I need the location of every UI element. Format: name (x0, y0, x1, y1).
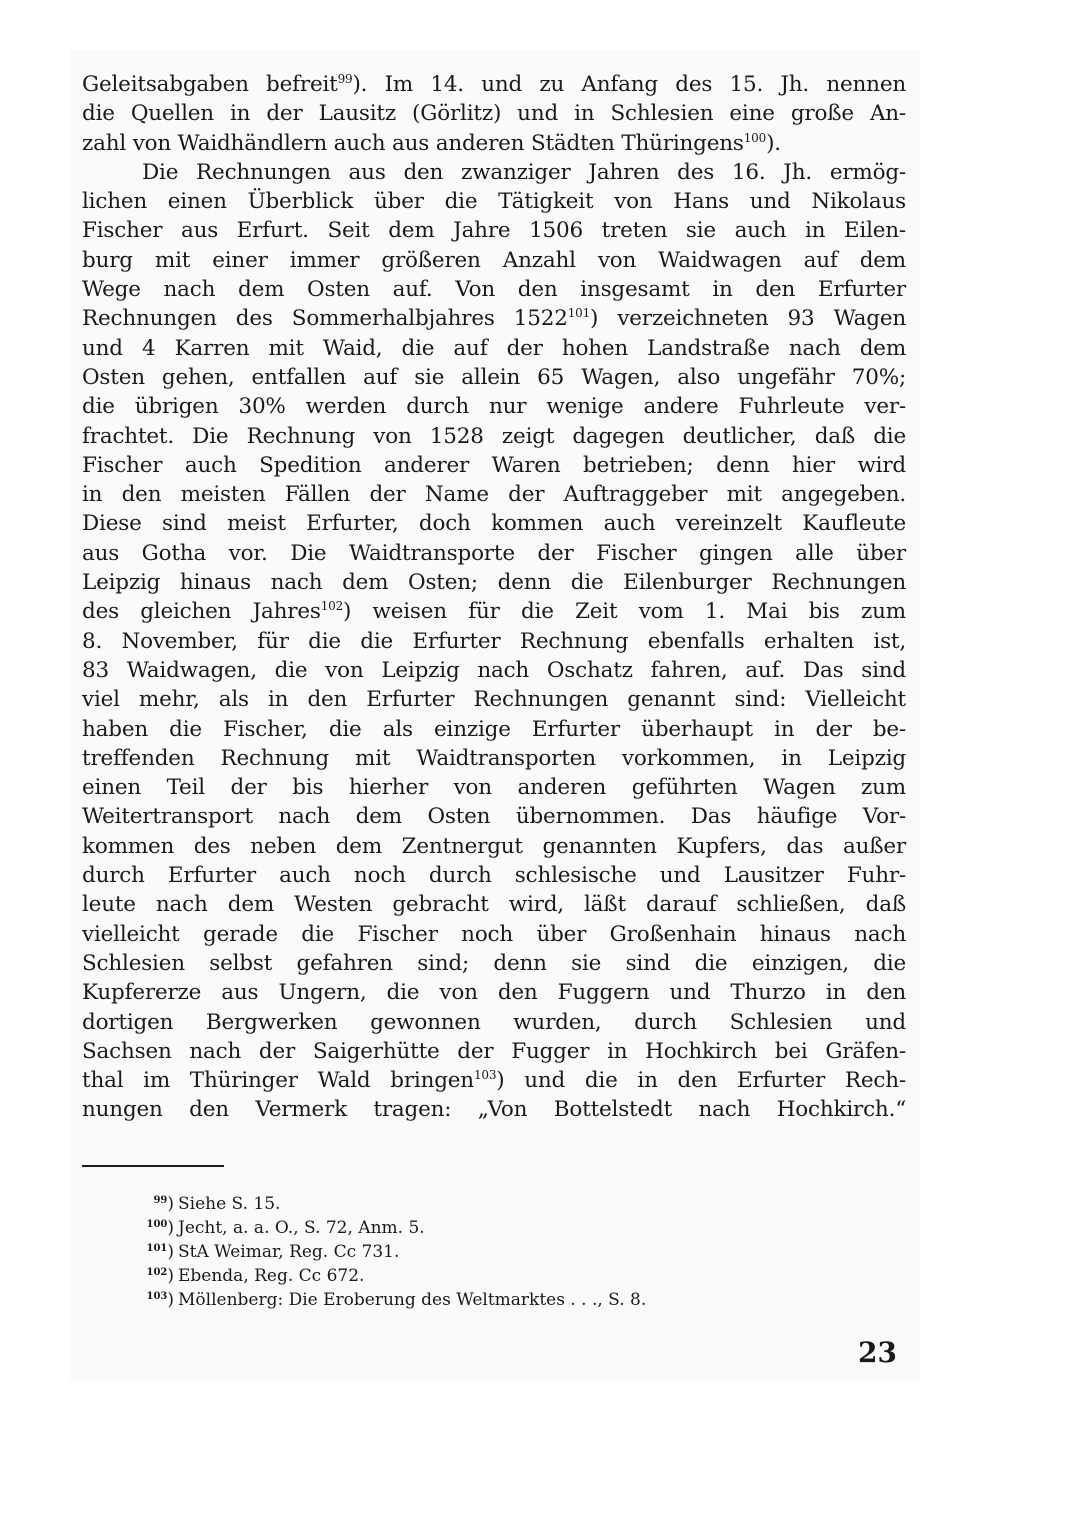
page-number: 23 (858, 1336, 897, 1369)
footnote: 100)Jecht, a. a. O., S. 72, Anm. 5. (144, 1216, 844, 1240)
body-line: Schlesien selbst gefahren sind; denn sie… (82, 949, 906, 978)
body-line: 83 Waidwagen, die von Leipzig nach Oscha… (82, 656, 906, 685)
footnote: 102)Ebenda, Reg. Cc 672. (144, 1264, 844, 1288)
body-line: vielleicht gerade die Fischer noch über … (82, 920, 906, 949)
body-line: Geleitsabgaben befreit99). Im 14. und zu… (82, 70, 906, 99)
body-text: Geleitsabgaben befreit99). Im 14. und zu… (82, 70, 906, 1125)
footnote: 101)StA Weimar, Reg. Cc 731. (144, 1240, 844, 1264)
body-line: burg mit einer immer größeren Anzahl von… (82, 246, 906, 275)
body-line: Osten gehen, entfallen auf sie allein 65… (82, 363, 906, 392)
body-line: kommen des neben dem Zentnergut genannte… (82, 832, 906, 861)
body-line: Sachsen nach der Saigerhütte der Fugger … (82, 1037, 906, 1066)
body-line: Leipzig hinaus nach dem Osten; denn die … (82, 568, 906, 597)
body-line: Fischer auch Spedition anderer Waren bet… (82, 451, 906, 480)
paragraph-start-line: Die Rechnungen aus den zwanziger Jahren … (82, 158, 906, 187)
footnote: 103)Möllenberg: Die Eroberung des Weltma… (144, 1288, 844, 1312)
footnote-ref: 99 (338, 72, 353, 86)
body-line: Diese sind meist Erfurter, doch kommen a… (82, 509, 906, 538)
body-line: Wege nach dem Osten auf. Von den insgesa… (82, 275, 906, 304)
body-line: Weitertransport nach dem Osten übernomme… (82, 802, 906, 831)
body-line: frachtet. Die Rechnung von 1528 zeigt da… (82, 422, 906, 451)
body-line: die Quellen in der Lausitz (Görlitz) und… (82, 99, 906, 128)
footnote: 99)Siehe S. 15. (144, 1192, 844, 1216)
footnote-ref: 101 (568, 306, 590, 320)
body-line: Rechnungen des Sommerhalbjahres 1522101)… (82, 304, 906, 333)
body-line: und 4 Karren mit Waid, die auf der hohen… (82, 334, 906, 363)
body-line: thal im Thüringer Wald bringen103) und d… (82, 1066, 906, 1095)
footnote-ref: 103 (474, 1068, 496, 1082)
footnotes: 99)Siehe S. 15. 100)Jecht, a. a. O., S. … (144, 1192, 844, 1312)
body-line: durch Erfurter auch noch durch schlesisc… (82, 861, 906, 890)
body-line: viel mehr, als in den Erfurter Rechnunge… (82, 685, 906, 714)
body-line: lichen einen Überblick über die Tätigkei… (82, 187, 906, 216)
body-line: leute nach dem Westen gebracht wird, läß… (82, 890, 906, 919)
document-page: Geleitsabgaben befreit99). Im 14. und zu… (0, 0, 1086, 1534)
body-line: dortigen Bergwerken gewonnen wurden, dur… (82, 1008, 906, 1037)
body-line: die übrigen 30% werden durch nur wenige … (82, 392, 906, 421)
footnote-ref: 100 (744, 131, 766, 145)
body-line: nungen den Vermerk tragen: „Von Bottelst… (82, 1095, 906, 1124)
body-line: des gleichen Jahres102) weisen für die Z… (82, 597, 906, 626)
body-line: in den meisten Fällen der Name der Auftr… (82, 480, 906, 509)
body-line: 8. November, für die die Erfurter Rechnu… (82, 627, 906, 656)
footnote-separator (82, 1165, 224, 1167)
body-line: haben die Fischer, die als einzige Erfur… (82, 715, 906, 744)
body-line: Fischer aus Erfurt. Seit dem Jahre 1506 … (82, 216, 906, 245)
body-line: einen Teil der bis hierher von anderen g… (82, 773, 906, 802)
body-line: zahl von Waidhändlern auch aus anderen S… (82, 129, 906, 158)
body-line: Kupfererze aus Ungern, die von den Fugge… (82, 978, 906, 1007)
body-line: aus Gotha vor. Die Waidtransporte der Fi… (82, 539, 906, 568)
body-line: treffenden Rechnung mit Waidtransporten … (82, 744, 906, 773)
footnote-ref: 102 (321, 599, 343, 613)
